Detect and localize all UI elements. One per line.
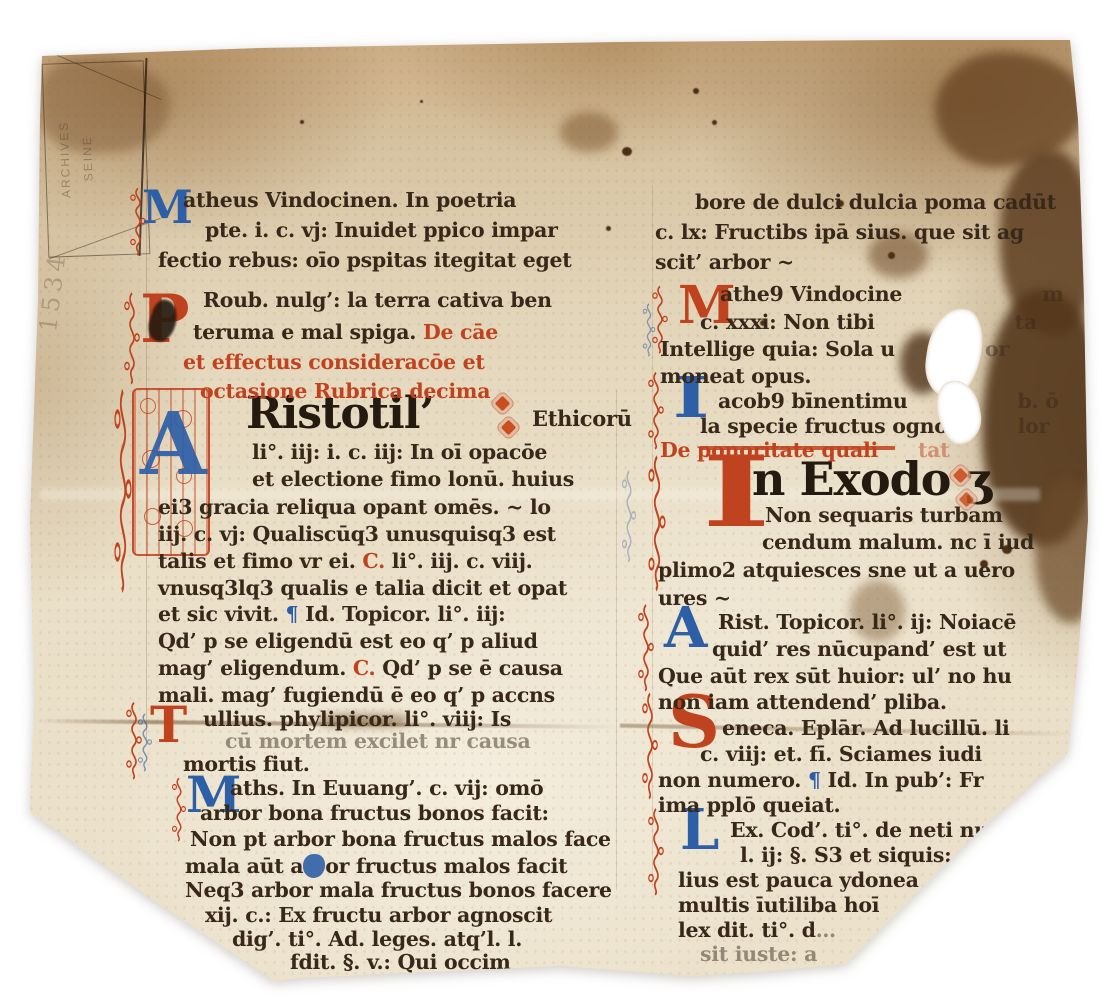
speck xyxy=(712,120,717,125)
parchment-leaf: ARCHIVES SEINE 1534 M P A T M Ristotil’ … xyxy=(0,0,1105,1000)
text-line: c. xxxi: Non tibita xyxy=(700,312,1037,333)
speck xyxy=(420,100,423,103)
text-line: arbor bona fructus bonos facit: xyxy=(200,803,549,824)
speck xyxy=(300,120,304,124)
speck xyxy=(606,226,611,231)
penwork-flourish-icon xyxy=(640,690,660,800)
penwork-flourish-icon xyxy=(636,602,656,692)
text-line: non iam attendend’ pliba. xyxy=(658,692,947,713)
text-line: Ex. Cod’. ti°. de neti nu xyxy=(730,820,989,841)
text-line: Neq3 arbor mala fructus bonos facere xyxy=(185,880,612,901)
text-line: ures ~ xyxy=(658,588,731,609)
text-line: iij. c. vj: Qualiscūq3 unusquisq3 est xyxy=(158,524,556,545)
penwork-flourish-icon xyxy=(641,302,657,357)
text-line: teruma e mal spiga. De cāe xyxy=(193,322,498,343)
text-line: li°. iij: i. c. iij: In oī opacōe xyxy=(252,442,547,463)
text-line: multis īutiliba hoī xyxy=(678,895,879,916)
rubric-fragment: De cāe xyxy=(423,320,498,344)
text-line: Rist. Topicor. li°. ij: Noiacē xyxy=(718,612,1016,633)
text-line: l. ij: §. S3 et siquis: xyxy=(740,845,951,866)
ink-smudge xyxy=(303,854,325,878)
photograph: ARCHIVES SEINE 1534 M P A T M Ristotil’ … xyxy=(0,0,1105,1000)
paraph-mark: ¶ xyxy=(286,602,299,626)
text-line: lius est pauca ydonea xyxy=(678,870,919,891)
text-line: atheus Vindocinen. In poetria xyxy=(183,190,516,211)
text-line: Roub. nulg’: la terra cativa ben xyxy=(203,290,552,311)
drop-initial-a-letter: A xyxy=(140,402,207,488)
text-line: plimo2 atquiesces sne ut a uero xyxy=(658,560,1015,581)
rubric-line: octasione Rubrica decima xyxy=(200,381,490,402)
text-line: mali. mag’ fugiendū ē eo q’ p accns xyxy=(158,685,555,706)
text-line-faded: sit iuste: a xyxy=(700,944,817,965)
text-line: Que aūt rex sūt huior: ul’ no hu xyxy=(658,666,1012,687)
text-line: xij. c.: Ex fructu arbor agnoscit xyxy=(205,905,552,926)
stain xyxy=(560,112,618,152)
text-line: ima pplō queiat. xyxy=(658,795,840,816)
rubric-line: De ponoritate qualitat xyxy=(660,440,949,461)
paraph-mark: ¶ xyxy=(808,768,821,792)
text-line: mortis fiut. xyxy=(183,754,310,775)
text-line: athe9 Vindocinem xyxy=(720,284,1063,305)
text-line-faded: cū mortem excilet nr causa xyxy=(225,731,531,752)
text-line: c. lx: Fructibs ipā sius. que sit ag xyxy=(655,222,1024,243)
text-line: ullius. phylipicor. li°. viij: Is xyxy=(203,709,511,730)
text-line: Non pt arbor bona fructus malos face xyxy=(190,829,611,850)
text-line: lex dit. ti°. d… xyxy=(678,920,836,941)
drop-initial-t: T xyxy=(150,700,187,750)
text-line: aths. In Euuang’. c. vij: omō xyxy=(230,778,543,799)
text-line: Non sequaris turbam xyxy=(765,505,1003,526)
text-line: dig’. ti°. Ad. leges. atq’l. l. xyxy=(232,929,522,950)
stain xyxy=(1035,478,1097,623)
text-line: scit’ arbor ~ xyxy=(655,252,794,273)
text-line: fectio rebus: oīo pspitas itegitat eget xyxy=(158,250,571,271)
text-line: fdit. §. v.: Qui occim xyxy=(290,952,511,973)
speck xyxy=(888,252,895,259)
text-line: et electione fimo lonū. huius xyxy=(252,469,574,490)
text-line: mala aūt aor fructus malos facit xyxy=(185,854,567,878)
text-line: vnusq3lq3 qualis e talia dicit et opat xyxy=(158,578,567,599)
stamp-line2: SEINE xyxy=(80,135,96,181)
text-line: Qd’ p se eligendū est eo q’ p aliud xyxy=(158,631,538,652)
text-line: pte. i. c. vj: Inuidet ppico impar xyxy=(205,220,558,241)
text-line: eneca. Eplār. Ad lucillū. li xyxy=(722,718,1010,739)
penwork-flourish-icon xyxy=(112,384,134,594)
text-line: acob9 bīnentimub. ō xyxy=(718,391,1059,412)
parchment-leaf-wrap: ARCHIVES SEINE 1534 M P A T M Ristotil’ … xyxy=(0,0,1105,1000)
text-line: quid’ res nūcupand’ est ut xyxy=(712,639,1006,660)
text-line: non numero. ¶ Id. In pub’: Fr xyxy=(658,770,983,791)
penwork-flourish-icon xyxy=(646,806,666,896)
text-line: c. viij: et. fī. Sciames iudi xyxy=(700,744,982,765)
stamp-line1: ARCHIVES xyxy=(57,120,74,198)
text-line: cendum malum. nc ī iud xyxy=(762,532,1034,553)
speck xyxy=(622,147,632,156)
penwork-flourish-icon xyxy=(122,290,142,385)
penwork-flourish-icon xyxy=(620,468,638,563)
speck xyxy=(693,88,699,94)
text-line: talis et fimo vr ei. C. li°. iij. c. vii… xyxy=(158,551,533,572)
text-line: et sic vivit. ¶ Id. Topicor. li°. iij: xyxy=(158,604,505,625)
ruling-line xyxy=(616,390,617,890)
text-line: la specie fructus ognolor xyxy=(700,416,1049,437)
text-line: bore de dulci dulcia poma cadūt xyxy=(695,192,1056,213)
text-line: ei3 gracia reliqua opant omēs. ~ lo xyxy=(158,497,551,518)
text-line: mag’ eligendum. C. Qd’ p se ē causa xyxy=(158,658,563,679)
rubric-line: et effectus consideracōe et xyxy=(183,352,485,373)
heading-gloss: Ethicorū xyxy=(532,408,632,429)
text-line: moneat opus. xyxy=(660,366,811,387)
